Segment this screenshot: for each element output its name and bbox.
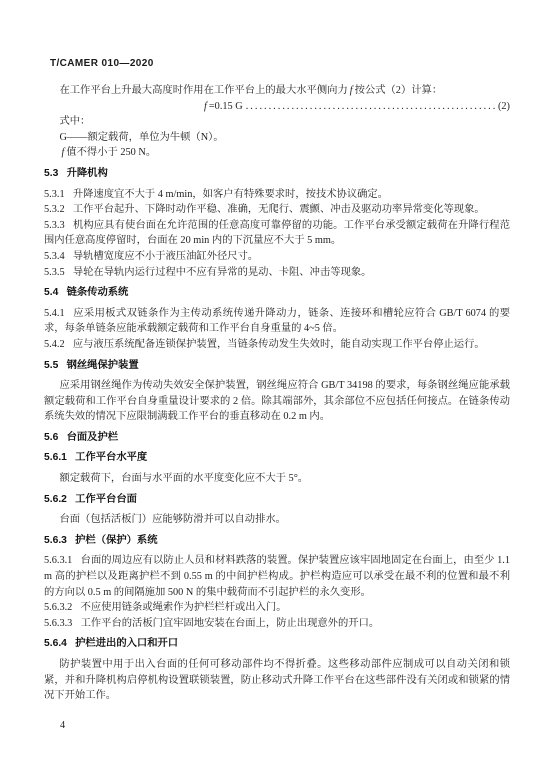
document-page: T/CAMER 010—2020 在工作平台上升最大高度时作用在工作平台上的最大… (0, 0, 554, 778)
g-definition: G——额定载荷，单位为牛顿（N）。 (44, 130, 510, 146)
clause-text: 导轨槽宽度应不小于液压油缸外径尺寸。 (73, 251, 258, 262)
heading-number: 5.6.3 (44, 535, 67, 546)
document-code-header: T/CAMER 010—2020 (50, 58, 154, 69)
formula-variable-f: f (202, 101, 209, 112)
formula-rhs: =0.15 G (209, 101, 243, 112)
heading-title: 链条传动系统 (67, 287, 129, 298)
section-heading-5-6-2: 5.6.2工作平台台面 (44, 492, 510, 508)
f-minimum-note: f值不得小于 250 N。 (44, 145, 510, 161)
section-heading-5-6-3: 5.6.3护栏（保护）系统 (44, 533, 510, 549)
clause-5-3-3: 5.3.3机构应具有使台面在允许范围的任意高度可靠停留的功能。工作平台承受额定载… (44, 218, 510, 249)
formula-number: (2) (498, 99, 510, 115)
clause-5-6-3-3: 5.6.3.3工作平台的活板门宜牢固地安装在台面上，防止出现意外的开口。 (44, 616, 510, 632)
page-number: 4 (60, 720, 65, 731)
clause-5-6-3-2: 5.6.3.2不应使用链条或绳索作为护栏栏杆或出入门。 (44, 600, 510, 616)
section-heading-5-5: 5.5钢丝绳保护装置 (44, 358, 510, 374)
intro-text-post: 按公式（2）计算： (355, 85, 443, 96)
heading-number: 5.5 (44, 360, 58, 371)
section-heading-5-6: 5.6台面及护栏 (44, 430, 510, 446)
formula-dots-leader (246, 99, 495, 115)
intro-text-pre: 在工作平台上升最大高度时作用在工作平台上的最大水平侧向力 (59, 85, 347, 96)
clause-number: 5.3.4 (44, 251, 65, 262)
clause-text: 导轮在导轨内运行过程中不应有异常的晃动、卡阻、冲击等现象。 (73, 267, 372, 278)
paragraph-5-6-1: 额定载荷下，台面与水平面的水平度变化应不大于 5°。 (44, 471, 510, 487)
section-heading-5-6-4: 5.6.4护栏进出的入口和开口 (44, 636, 510, 652)
clause-number: 5.6.3.1 (44, 555, 72, 566)
formula-line: f=0.15 G (2) (44, 99, 510, 115)
clause-text: 台面的周边应有以防止人员和材料跌落的装置。保护装置应该牢固地固定在台面上，由至少… (44, 555, 510, 597)
f-min-text: 值不得小于 250 N。 (66, 147, 156, 158)
clause-5-3-4: 5.3.4导轨槽宽度应不小于液压油缸外径尺寸。 (44, 249, 510, 265)
clause-text: 机构应具有使台面在允许范围的任意高度可靠停留的功能。工作平台承受额定载荷在升降行… (44, 220, 510, 247)
where-label: 式中： (44, 114, 510, 130)
clause-5-3-2: 5.3.2工作平台起升、下降时动作平稳、准确，无爬行、震颤、冲击及驱动功率异常变… (44, 202, 510, 218)
heading-number: 5.6.2 (44, 494, 67, 505)
heading-title: 工作平台水平度 (75, 452, 147, 463)
heading-number: 5.6.1 (44, 452, 67, 463)
clause-number: 5.4.1 (44, 308, 65, 319)
clause-number: 5.6.3.2 (44, 602, 72, 613)
section-heading-5-4: 5.4链条传动系统 (44, 285, 510, 301)
paragraph-5-5: 应采用钢丝绳作为传动失效安全保护装置，钢丝绳应符合 GB/T 34198 的要求… (44, 378, 510, 425)
clause-5-4-2: 5.4.2应与液压系统配备连锁保护装置，当链条传动发生失效时，能自动实现工作平台… (44, 337, 510, 353)
clause-text: 应采用板式双链条作为主传动系统传递升降动力，链条、连接环和槽轮应符合 GB/T … (44, 308, 510, 335)
intro-paragraph: 在工作平台上升最大高度时作用在工作平台上的最大水平侧向力f按公式（2）计算： (44, 83, 510, 99)
document-body: 在工作平台上升最大高度时作用在工作平台上的最大水平侧向力f按公式（2）计算： f… (44, 83, 510, 704)
clause-number: 5.6.3.3 (44, 618, 72, 629)
clause-5-4-1: 5.4.1应采用板式双链条作为主传动系统传递升降动力，链条、连接环和槽轮应符合 … (44, 306, 510, 337)
clause-number: 5.4.2 (44, 339, 65, 350)
heading-number: 5.6 (44, 432, 58, 443)
clause-text: 应与液压系统配备连锁保护装置，当链条传动发生失效时，能自动实现工作平台停止运行。 (73, 339, 485, 350)
clause-number: 5.3.1 (44, 189, 65, 200)
section-heading-5-3: 5.3升降机构 (44, 166, 510, 182)
heading-title: 台面及护栏 (67, 432, 118, 443)
clause-5-6-3-1: 5.6.3.1台面的周边应有以防止人员和材料跌落的装置。保护装置应该牢固地固定在… (44, 553, 510, 600)
heading-title: 升降机构 (67, 168, 108, 179)
paragraph-5-6-2: 台面（包括活板门）应能够防滑并可以自动排水。 (44, 512, 510, 528)
formula-expression: f=0.15 G (202, 99, 243, 115)
clause-text: 不应使用链条或绳索作为护栏栏杆或出入门。 (81, 602, 287, 613)
heading-number: 5.6.4 (44, 638, 67, 649)
intro-variable-f: f (348, 85, 355, 96)
heading-title: 工作平台台面 (75, 494, 137, 505)
clause-text: 工作平台的活板门宜牢固地安装在台面上，防止出现意外的开口。 (81, 618, 380, 629)
heading-title: 护栏进出的入口和开口 (75, 638, 178, 649)
clause-number: 5.3.2 (44, 204, 65, 215)
clause-5-3-5: 5.3.5导轮在导轨内运行过程中不应有异常的晃动、卡阻、冲击等现象。 (44, 265, 510, 281)
heading-title: 钢丝绳保护装置 (67, 360, 139, 371)
section-heading-5-6-1: 5.6.1工作平台水平度 (44, 450, 510, 466)
heading-number: 5.4 (44, 287, 58, 298)
clause-text: 升降速度宜不大于 4 m/min，如客户有特殊要求时，按技术协议确定。 (73, 189, 388, 200)
clause-number: 5.3.5 (44, 267, 65, 278)
paragraph-5-6-4: 防护装置中用于出入台面的任何可移动部件均不得折叠。这些移动部件应制成可以自动关闭… (44, 657, 510, 704)
heading-number: 5.3 (44, 168, 58, 179)
clause-5-3-1: 5.3.1升降速度宜不大于 4 m/min，如客户有特殊要求时，按技术协议确定。 (44, 187, 510, 203)
clause-text: 工作平台起升、下降时动作平稳、准确，无爬行、震颤、冲击及驱动功率异常变化等现象。 (73, 204, 485, 215)
clause-number: 5.3.3 (44, 220, 65, 231)
heading-title: 护栏（保护）系统 (75, 535, 157, 546)
